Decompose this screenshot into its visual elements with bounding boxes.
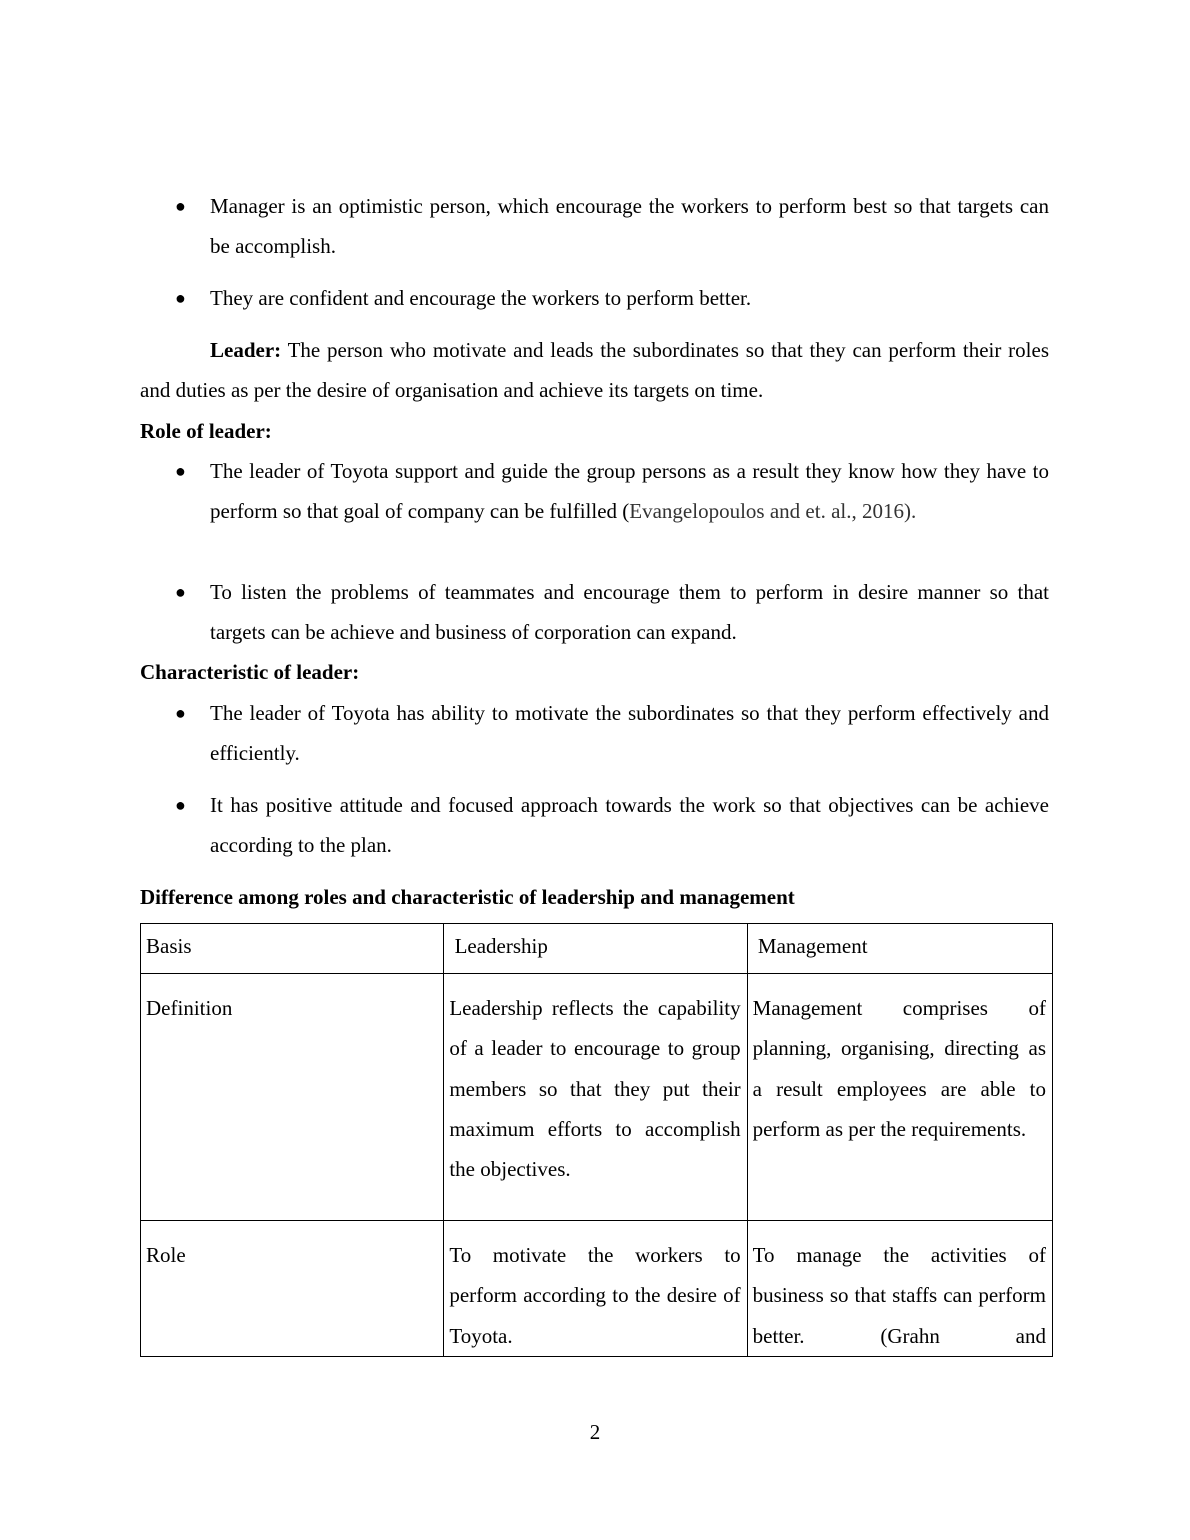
bullet-text: They are confident and encourage the wor…	[210, 278, 1049, 318]
header-cell-leadership: Leadership	[444, 924, 747, 974]
role-of-leader-heading: Role of leader:	[140, 411, 1049, 451]
header-cell-management: Management	[747, 924, 1052, 974]
bullet-text: The leader of Toyota support and guide t…	[210, 451, 1049, 532]
bullet-item: ● They are confident and encourage the w…	[140, 278, 1049, 318]
bullet-icon: ●	[175, 572, 186, 612]
bullet-icon: ●	[175, 785, 186, 825]
table-cell: To motivate the workers to perform accor…	[444, 1221, 747, 1357]
bullet-item: ● Manager is an optimistic person, which…	[140, 186, 1049, 267]
bullet-icon: ●	[175, 451, 186, 491]
table-cell: Leadership reflects the capability of a …	[444, 974, 747, 1221]
bullet-icon: ●	[175, 278, 186, 318]
table-heading: Difference among roles and characteristi…	[140, 877, 1049, 917]
bullet-item: ● The leader of Toyota has ability to mo…	[140, 693, 1049, 774]
table-header-row: Basis Leadership Management	[141, 924, 1053, 974]
table-cell: Definition	[141, 974, 444, 1221]
table-cell: Role	[141, 1221, 444, 1357]
bullet-item: ● The leader of Toyota support and guide…	[140, 451, 1049, 532]
table-row: Role To motivate the workers to perform …	[141, 1221, 1053, 1357]
leader-label: Leader:	[210, 338, 281, 362]
difference-table: Basis Leadership Management Definition L…	[140, 923, 1053, 1357]
bullet-icon: ●	[175, 186, 186, 226]
table-cell: To manage the activities of business so …	[747, 1221, 1052, 1357]
bullet-text: Manager is an optimistic person, which e…	[210, 186, 1049, 267]
document-page: ● Manager is an optimistic person, which…	[0, 0, 1190, 1540]
bullet-text: It has positive attitude and focused app…	[210, 785, 1049, 866]
bullet-icon: ●	[175, 693, 186, 733]
bullet-text: To listen the problems of teammates and …	[210, 572, 1049, 653]
bullet-item: ● To listen the problems of teammates an…	[140, 572, 1049, 653]
bullet-item: ● It has positive attitude and focused a…	[140, 785, 1049, 866]
bullet-text: The leader of Toyota has ability to moti…	[210, 693, 1049, 774]
table-cell: Management comprises of planning, organi…	[747, 974, 1052, 1221]
header-cell-basis: Basis	[141, 924, 444, 974]
characteristic-of-leader-heading: Characteristic of leader:	[140, 652, 1049, 692]
citation: Evangelopoulos and et. al., 2016).	[629, 499, 916, 523]
leader-definition-paragraph: Leader: The person who motivate and lead…	[140, 330, 1049, 411]
page-number: 2	[0, 1412, 1190, 1452]
table-row: Definition Leadership reflects the capab…	[141, 974, 1053, 1221]
